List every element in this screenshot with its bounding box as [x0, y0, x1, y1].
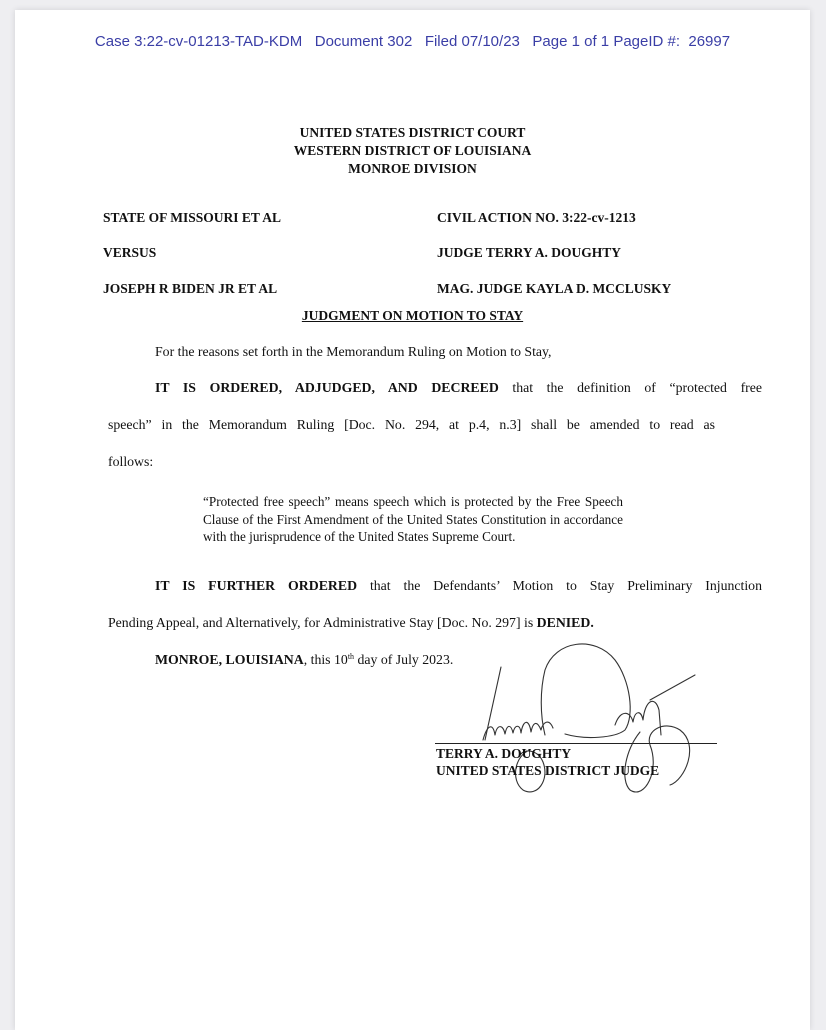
caption-row: JOSEPH R BIDEN JR ET AL MAG. JUDGE KAYLA…	[103, 281, 743, 297]
document-number: Document 302	[315, 33, 413, 50]
caption-detail: JUDGE TERRY A. DOUGHTY	[437, 245, 621, 261]
further-order-text: Pending Appeal, and Alternatively, for A…	[108, 615, 537, 630]
caption-party: STATE OF MISSOURI ET AL	[103, 210, 281, 225]
caption-party: JOSEPH R BIDEN JR ET AL	[103, 281, 277, 296]
caption-row: STATE OF MISSOURI ET AL CIVIL ACTION NO.…	[103, 210, 743, 226]
court-heading: UNITED STATES DISTRICT COURT WESTERN DIS…	[15, 124, 810, 178]
judge-name: TERRY A. DOUGHTY	[436, 745, 659, 762]
further-order-bold-text: IT IS FURTHER ORDERED	[155, 578, 357, 593]
signature-line	[435, 743, 717, 744]
further-order-line: IT IS FURTHER ORDERED that the Defendant…	[108, 576, 762, 596]
case-number: Case 3:22-cv-01213-TAD-KDM	[95, 33, 302, 50]
caption-party: VERSUS	[103, 245, 156, 260]
page-count: Page 1 of 1	[532, 33, 609, 50]
dated-text: day of July 2023.	[354, 652, 453, 667]
court-name: UNITED STATES DISTRICT COURT	[15, 124, 810, 142]
definition-block-quote: “Protected free speech” means speech whi…	[203, 493, 623, 546]
further-order-text: that the Defendants’ Motion to Stay Prel…	[357, 578, 762, 593]
caption-detail: MAG. JUDGE KAYLA D. MCCLUSKY	[437, 281, 671, 297]
document-title: JUDGMENT ON MOTION TO STAY	[15, 308, 810, 324]
dated-line: MONROE, LOUISIANA, this 10th day of July…	[108, 650, 762, 670]
dated-text: , this 10	[304, 652, 348, 667]
order-bold-text: IT IS ORDERED, ADJUDGED, AND DECREED	[155, 380, 499, 395]
court-division: MONROE DIVISION	[15, 160, 810, 178]
caption-detail: CIVIL ACTION NO. 3:22-cv-1213	[437, 210, 636, 226]
further-order-line: Pending Appeal, and Alternatively, for A…	[108, 613, 715, 633]
filed-date: Filed 07/10/23	[425, 33, 520, 50]
court-district: WESTERN DISTRICT OF LOUISIANA	[15, 142, 810, 160]
dated-location: MONROE, LOUISIANA	[155, 652, 304, 667]
page-id: PageID #: 26997	[613, 33, 730, 50]
order-paragraph-line: follows:	[108, 452, 715, 472]
intro-paragraph: For the reasons set forth in the Memoran…	[108, 342, 762, 362]
document-page: Case 3:22-cv-01213-TAD-KDM Document 302 …	[15, 10, 810, 1024]
signature-block: TERRY A. DOUGHTY UNITED STATES DISTRICT …	[436, 745, 659, 779]
order-paragraph-line: IT IS ORDERED, ADJUDGED, AND DECREED tha…	[108, 378, 762, 398]
judge-title: UNITED STATES DISTRICT JUDGE	[436, 762, 659, 779]
order-text: that the definition of “protected free	[499, 380, 762, 395]
filing-header-stamp: Case 3:22-cv-01213-TAD-KDM Document 302 …	[15, 33, 810, 50]
order-paragraph-line: speech” in the Memorandum Ruling [Doc. N…	[108, 415, 715, 435]
caption-row: VERSUS JUDGE TERRY A. DOUGHTY	[103, 245, 743, 261]
denied-text: DENIED.	[537, 615, 594, 630]
